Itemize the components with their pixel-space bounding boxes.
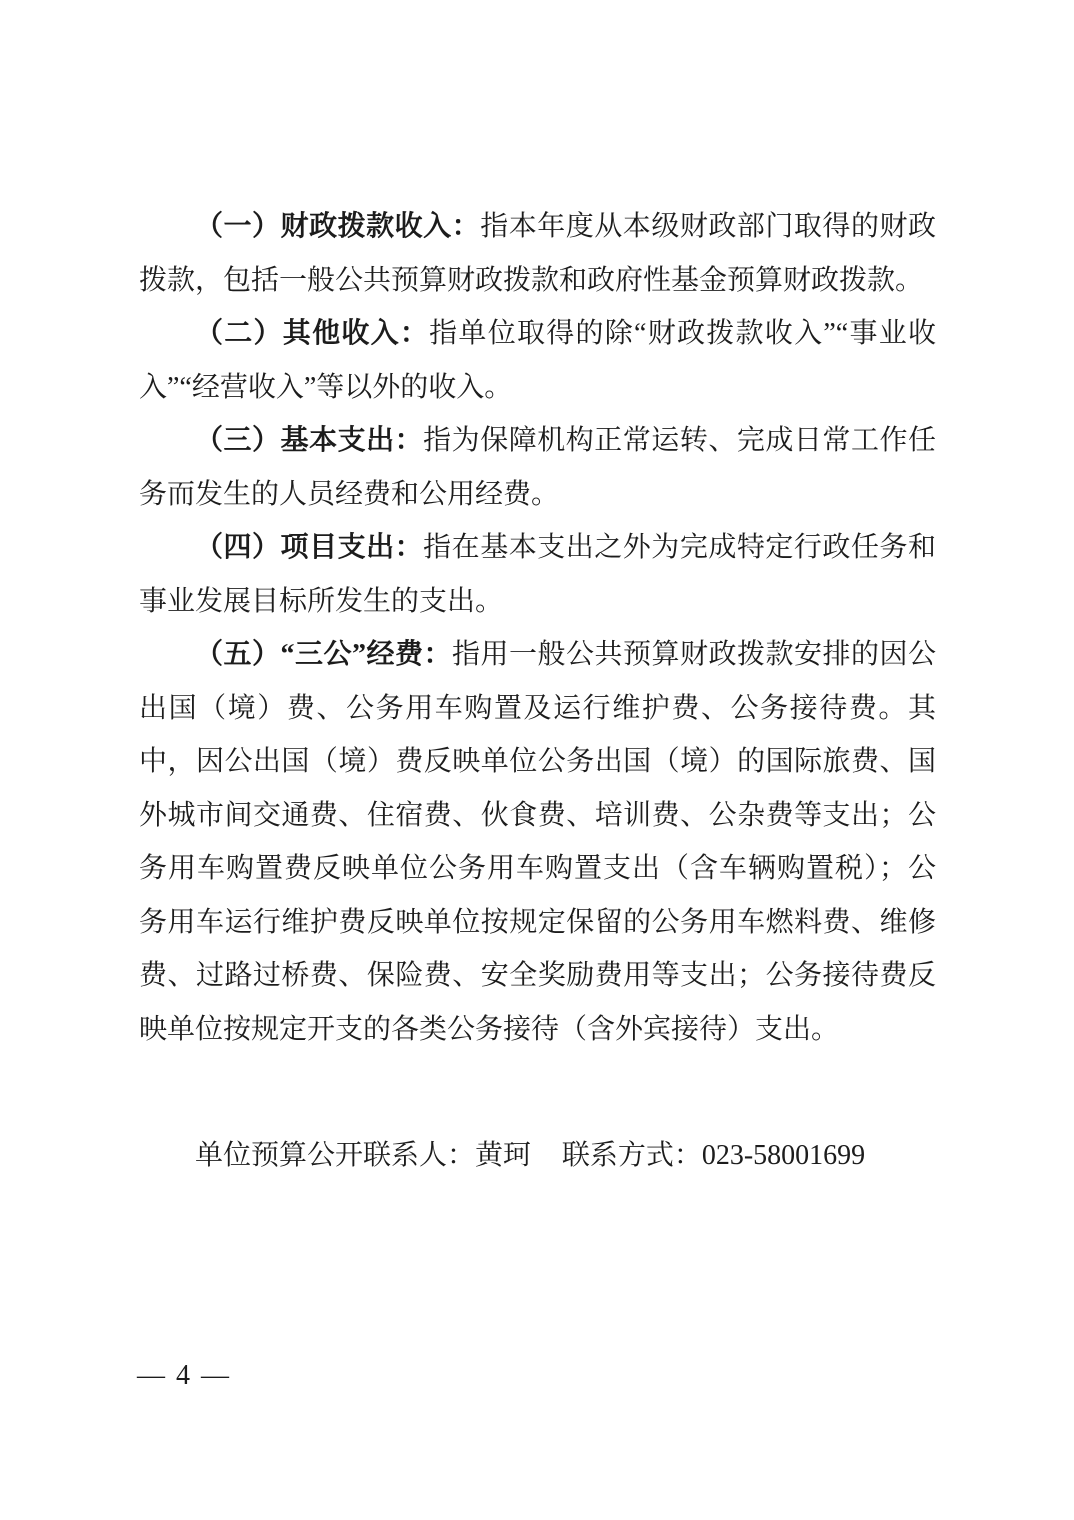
page-footer: — 4 — bbox=[137, 1356, 231, 1396]
contact-phone-label: 联系方式： bbox=[562, 1140, 702, 1171]
page-number: — 4 — bbox=[137, 1360, 231, 1391]
term-label-other-income: （二）其他收入： bbox=[195, 318, 429, 349]
term-label-fiscal-appropriation-income: （一）财政拨款收入： bbox=[195, 211, 480, 242]
contact-phone-number: 023-58001699 bbox=[702, 1140, 865, 1171]
paragraph-project-expenditure: （四）项目支出：指在基本支出之外为完成特定行政任务和事业发展目标所发生的支出。 bbox=[139, 521, 936, 628]
paragraph-basic-expenditure: （三）基本支出：指为保障机构正常运转、完成日常工作任务而发生的人员经费和公用经费… bbox=[139, 414, 936, 521]
paragraph-three-public-funds: （五）“三公”经费：指用一般公共预算财政拨款安排的因公出国（境）费、公务用车购置… bbox=[139, 628, 936, 1056]
paragraph-other-income: （二）其他收入：指单位取得的除“财政拨款收入”“事业收入”“经营收入”等以外的收… bbox=[139, 307, 936, 414]
contact-person-label: 单位预算公开联系人： bbox=[195, 1140, 475, 1171]
contact-person-name: 黄珂 bbox=[475, 1140, 531, 1171]
contact-line: 单位预算公开联系人：黄珂联系方式：023-58001699 bbox=[139, 1129, 936, 1183]
term-label-basic-expenditure: （三）基本支出： bbox=[195, 425, 423, 456]
definitions-section: （一）财政拨款收入：指本年度从本级财政部门取得的财政拨款，包括一般公共预算财政拨… bbox=[139, 200, 936, 1183]
term-definition-three-public-funds: 指用一般公共预算财政拨款安排的因公出国（境）费、公务用车购置及运行维护费、公务接… bbox=[139, 639, 936, 1045]
paragraph-fiscal-appropriation-income: （一）财政拨款收入：指本年度从本级财政部门取得的财政拨款，包括一般公共预算财政拨… bbox=[139, 200, 936, 307]
term-label-project-expenditure: （四）项目支出： bbox=[195, 532, 423, 563]
term-label-three-public-funds: （五）“三公”经费： bbox=[195, 639, 452, 670]
document-page: （一）财政拨款收入：指本年度从本级财政部门取得的财政拨款，包括一般公共预算财政拨… bbox=[0, 0, 1074, 1520]
